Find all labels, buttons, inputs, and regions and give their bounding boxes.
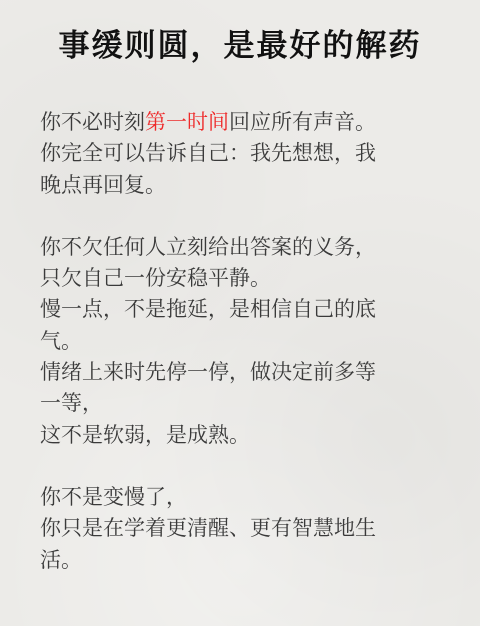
text-line: 你只是在学着更清醒、更有智慧地生 [40, 513, 450, 544]
paragraph-3: 你不是变慢了， 你只是在学着更清醒、更有智慧地生 活。 [40, 482, 450, 576]
highlighted-text: 第一时间 [145, 110, 229, 134]
text-line: 这不是软弱，是成熟。 [40, 420, 450, 451]
text-segment: 回应所有声音。 [229, 110, 376, 134]
text-line: 一等， [40, 388, 450, 419]
text-line: 你完全可以告诉自己：我先想想，我 [40, 138, 450, 169]
text-line: 气。 [40, 326, 450, 357]
page-title: 事缓则圆，是最好的解药 [0, 20, 480, 65]
text-line: 你不欠任何人立刻给出答案的义务， [40, 232, 450, 263]
text-line: 活。 [40, 545, 450, 576]
paragraph-gap [40, 201, 450, 232]
text-segment: 你不必时刻 [40, 110, 145, 134]
text-line: 慢一点，不是拖延，是相信自己的底 [40, 294, 450, 325]
text-line: 只欠自己一份安稳平静。 [40, 263, 450, 294]
text-line: 你不是变慢了， [40, 482, 450, 513]
paragraph-1: 你不必时刻第一时间回应所有声音。 你完全可以告诉自己：我先想想，我 晚点再回复。 [40, 107, 450, 201]
paragraph-2: 你不欠任何人立刻给出答案的义务， 只欠自己一份安稳平静。 慢一点，不是拖延，是相… [40, 232, 450, 451]
text-line: 你不必时刻第一时间回应所有声音。 [40, 107, 450, 138]
article-body: 你不必时刻第一时间回应所有声音。 你完全可以告诉自己：我先想想，我 晚点再回复。… [40, 107, 450, 576]
paragraph-gap [40, 451, 450, 482]
text-line: 情绪上来时先停一停，做决定前多等 [40, 357, 450, 388]
text-line: 晚点再回复。 [40, 170, 450, 201]
